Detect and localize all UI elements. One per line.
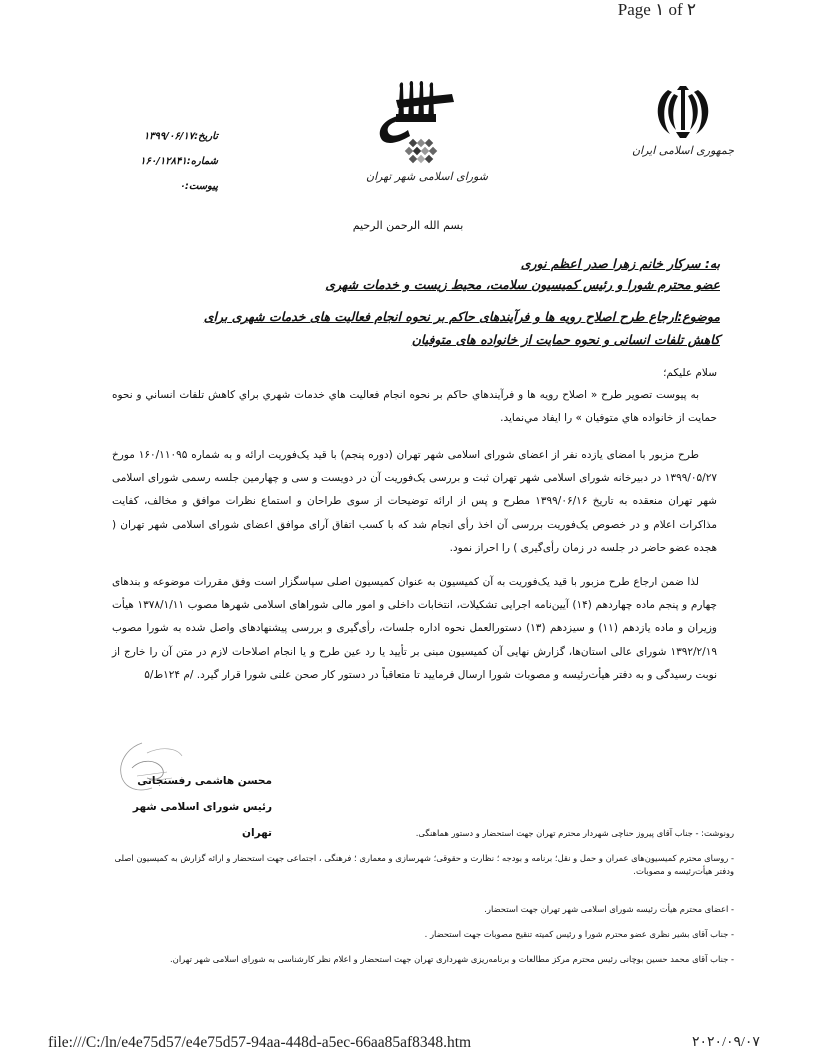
tehran-council-logo-icon: شورای اسلامی شهر تهران bbox=[352, 80, 502, 195]
body-paragraph-2: طرح مزبور با امضای یازده نفر از اعضای شو… bbox=[112, 444, 717, 560]
subject-line-2: کاهش تلفات انسانی و نحوه حمایت از خانواد… bbox=[412, 332, 720, 347]
addressee-line-2: عضو محترم شورا و رئیس کمیسیون سلامت، محی… bbox=[325, 277, 720, 292]
letter-attachment: پیوست:۰ bbox=[110, 174, 218, 199]
paragraph-text: به پیوست تصویر طرح « اصلاح رویه ها و فرآ… bbox=[112, 384, 717, 430]
bismillah: بسم الله الرحمن الرحیم bbox=[300, 219, 516, 232]
letter-meta: تاریخ:۱۳۹۹/۰۶/۱۷ شماره:۱۶۰/۱۲۸۴۱ پیوست:۰ bbox=[110, 124, 218, 199]
paragraph-text: لذا ضمن ارجاع طرح مزبور با قید یک‌فوریت … bbox=[112, 571, 717, 687]
page-indicator: Page ۱ of ۲ bbox=[618, 0, 696, 20]
cc-item: - اعضای محترم هیأت رئیسه شورای اسلامی شه… bbox=[112, 903, 734, 916]
iran-emblem-icon: جمهوری اسلامی ایران bbox=[628, 82, 738, 172]
signer-name: محسن هاشمی رفسنجانی bbox=[112, 768, 272, 794]
paragraph-text: طرح مزبور با امضای یازده نفر از اعضای شو… bbox=[112, 444, 717, 560]
cc-item: - جناب آقای محمد حسین بوچانی رئیس محترم … bbox=[112, 953, 734, 966]
letter-date: تاریخ:۱۳۹۹/۰۶/۱۷ bbox=[110, 124, 218, 149]
body-paragraph-3: لذا ضمن ارجاع طرح مزبور با قید یک‌فوریت … bbox=[112, 571, 717, 687]
subject-line-1: موضوع:ارجاع طرح اصلاح رویه ها و فرآیندها… bbox=[204, 309, 720, 324]
letter-number: شماره:۱۶۰/۱۲۸۴۱ bbox=[110, 149, 218, 174]
print-date: ۲۰۲۰/۰۹/۰۷ bbox=[692, 1034, 760, 1051]
cc-item: رونوشت: - جناب آقای پیروز حناچی شهردار م… bbox=[112, 827, 734, 840]
cc-item: - روسای محترم کمیسیون‌های عمران و حمل و … bbox=[112, 852, 734, 878]
salutation: سلام علیکم؛ bbox=[112, 367, 717, 379]
emblem-caption: جمهوری اسلامی ایران bbox=[628, 144, 738, 157]
file-path: file:///C:/ln/e4e75d57/e4e75d57-94aa-448… bbox=[48, 1034, 471, 1052]
addressee-line-1: به: سرکار خانم زهرا صدر اعظم نوری bbox=[521, 256, 720, 271]
body-paragraph-1: به پیوست تصویر طرح « اصلاح رویه ها و فرآ… bbox=[112, 384, 717, 430]
council-logo-caption: شورای اسلامی شهر تهران bbox=[352, 170, 502, 183]
cc-item: - جناب آقای بشیر نظری عضو محترم شورا و ر… bbox=[112, 928, 734, 941]
